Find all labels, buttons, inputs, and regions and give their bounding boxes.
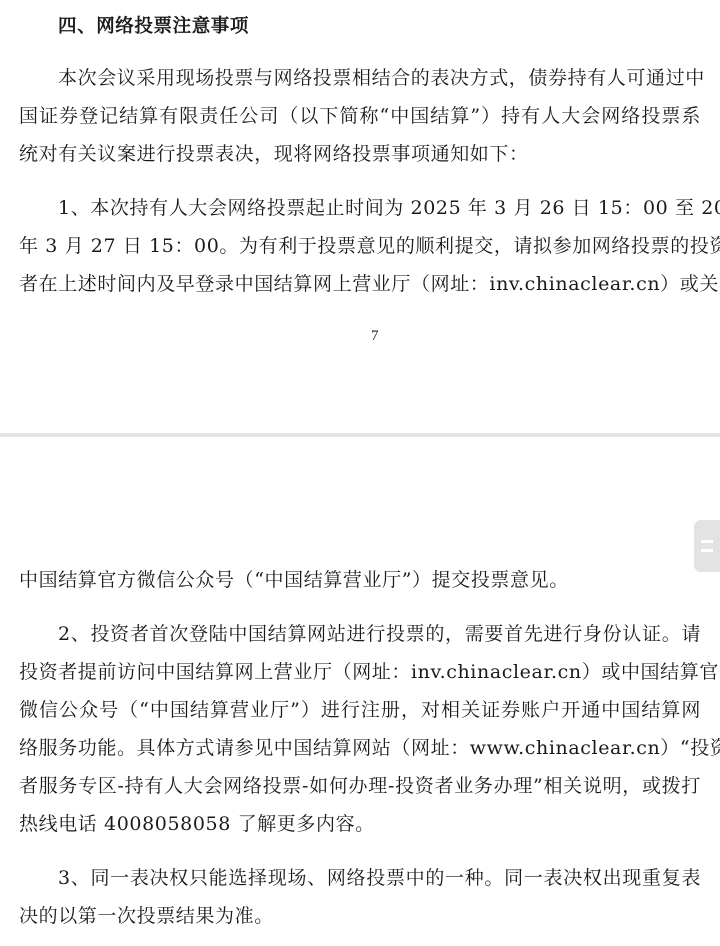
paragraph-line: 3、同一表决权只能选择现场、网络投票中的一种。同一表决权出现重复表 [58, 866, 701, 890]
paragraph-line: 决的以第一次投票结果为准。 [19, 904, 274, 928]
paragraph-line: 者服务专区-持有人大会网络投票-如何办理-投资者业务办理”相关说明，或拨打 [19, 774, 701, 798]
paragraph-line: 热线电话 4008058058 了解更多内容。 [19, 812, 375, 836]
section-heading: 四、网络投票注意事项 [58, 15, 249, 39]
page-number: 7 [371, 328, 379, 345]
paragraph-line: 2、投资者首次登陆中国结算网站进行投票的，需要首先进行身份认证。请 [58, 622, 701, 646]
paragraph-line: 国证券登记结算有限责任公司（以下简称“中国结算”）持有人大会网络投票系 [19, 104, 701, 128]
paragraph-line: 本次会议采用现场投票与网络投票相结合的表决方式，债券持有人可通过中 [58, 66, 701, 90]
paragraph-line: 中国结算官方微信公众号（“中国结算营业厅”）提交投票意见。 [19, 568, 569, 592]
paragraph-line: 者在上述时间内及早登录中国结算网上营业厅（网址：inv.chinaclear.c… [19, 272, 701, 296]
paragraph-line: 1、本次持有人大会网络投票起止时间为 2025 年 3 月 26 日 15：00… [58, 196, 701, 220]
side-menu-handle[interactable] [694, 520, 720, 572]
paragraph-line: 投资者提前访问中国结算网上营业厅（网址：inv.chinaclear.cn）或中… [19, 660, 701, 684]
paragraph-line: 年 3 月 27 日 15：00。为有利于投票意见的顺利提交，请拟参加网络投票的… [19, 234, 701, 258]
paragraph-line: 微信公众号（“中国结算营业厅”）进行注册，对相关证券账户开通中国结算网 [19, 698, 701, 722]
page-separator [0, 433, 720, 437]
paragraph-line: 统对有关议案进行投票表决，现将网络投票事项通知如下： [19, 142, 529, 166]
menu-icon-bar [701, 549, 713, 552]
paragraph-line: 络服务功能。具体方式请参见中国结算网站（网址：www.chinaclear.cn… [19, 736, 701, 760]
menu-icon [701, 540, 713, 543]
